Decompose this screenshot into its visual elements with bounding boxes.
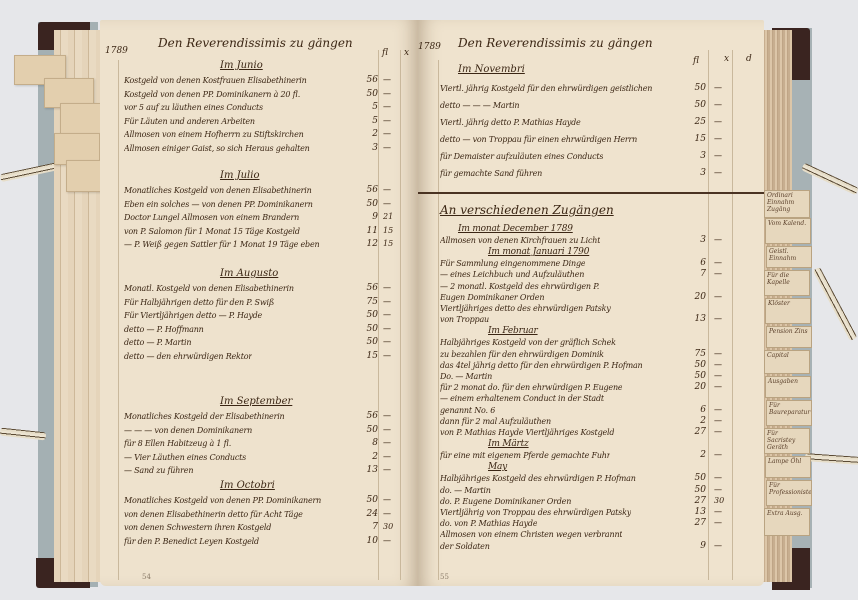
entry-text: von Troppau <box>440 315 489 324</box>
entry-text: von denen Elisabethinerin detto für Acht… <box>124 510 303 519</box>
right-bottom-title: An verschiedenen Zugängen <box>440 203 614 217</box>
entry-amount-kr: — <box>383 89 391 98</box>
index-tab[interactable]: Capital <box>764 350 810 374</box>
entry-amount-fl: 8 <box>352 438 378 448</box>
entry-amount-kr: — <box>714 134 722 143</box>
right-page-number: 55 <box>440 573 449 581</box>
entry-amount-fl: 50 <box>680 371 706 381</box>
entry-text: Eben ein solches — von denen PP. Dominik… <box>124 200 313 209</box>
entry-text: Für Läuten und anderen Arbeiten <box>124 117 255 126</box>
entry-text: — einem erhaltenem Conduct in der Stadt <box>440 394 604 403</box>
entry-text: Monatliches Kostgeld von denen PP. Domin… <box>124 496 321 505</box>
entry-text: das 4tel jährig detto für den ehrwürdige… <box>440 361 642 370</box>
entry-amount-fl: 50 <box>352 324 378 334</box>
entry-amount-kr: — <box>714 541 722 550</box>
entry-amount-kr: — <box>383 129 391 138</box>
entry-amount-fl: 50 <box>352 310 378 320</box>
entry-text: Halbjähriges Kostgeld des ehrwürdigen P.… <box>440 474 636 483</box>
entry-amount-kr: — <box>383 351 391 360</box>
month-heading: Im Novembri <box>458 64 525 75</box>
entry-text: detto — von Troppau für einen ehrwürdige… <box>440 135 637 144</box>
entry-amount-kr: — <box>714 405 722 414</box>
entry-amount-kr: — <box>714 507 722 516</box>
subhead: Im monat December 1789 <box>458 224 573 234</box>
left-tab-3[interactable] <box>60 103 102 135</box>
entry-amount-fl: 50 <box>352 425 378 435</box>
entry-amount-kr: — <box>383 465 391 474</box>
entry-text: der Soldaten <box>440 542 490 551</box>
entry-amount-fl: 13 <box>680 507 706 517</box>
entry-amount-fl: 13 <box>680 314 706 324</box>
entry-amount-fl: 6 <box>680 258 706 268</box>
entry-text: detto — — — Martin <box>440 101 519 110</box>
entry-amount-fl: 6 <box>680 405 706 415</box>
entry-amount-fl: 27 <box>680 496 706 506</box>
entry-amount-kr: — <box>714 427 722 436</box>
entry-amount-kr: — <box>714 269 722 278</box>
subhead: Im monat Januari 1790 <box>488 247 589 257</box>
entry-amount-kr: — <box>383 75 391 84</box>
index-tab[interactable]: Für die Kapelle <box>764 270 810 296</box>
entry-amount-kr: 15 <box>383 226 393 235</box>
entry-amount-kr: — <box>383 283 391 292</box>
entry-text: genannt No. 6 <box>440 406 495 415</box>
entry-amount-kr: — <box>714 314 722 323</box>
entry-amount-kr: — <box>714 168 722 177</box>
entry-text: vor 5 auf zu läuthen eines Conducts <box>124 103 263 112</box>
left-heading: Den Reverendissimis zu gängen <box>158 36 353 50</box>
entry-amount-fl: 27 <box>680 518 706 528</box>
entry-text: — Vier Läuthen eines Conducts <box>124 453 246 462</box>
entry-amount-fl: 12 <box>352 239 378 249</box>
index-tab[interactable]: Lampe Öhl <box>765 456 811 478</box>
right-col-header-d: d <box>746 54 752 64</box>
entry-text: detto — P. Martin <box>124 338 191 347</box>
entry-text: von P. Mathias Hayde Viertljähriges Kost… <box>440 428 614 437</box>
entry-amount-fl: 13 <box>352 465 378 475</box>
entry-text: für Demaister aufzuläuten eines Conducts <box>440 152 603 161</box>
ribbon-right-diagonal <box>813 267 858 341</box>
entry-amount-kr: — <box>714 450 722 459</box>
entry-amount-kr: — <box>383 297 391 306</box>
month-heading: Im Augusto <box>220 268 278 279</box>
entry-text: Für Viertljährigen detto — P. Hayde <box>124 311 262 320</box>
entry-amount-kr: — <box>714 382 722 391</box>
right-col-header-fl: fl <box>693 56 699 66</box>
entry-amount-kr: — <box>383 102 391 111</box>
entry-amount-kr: — <box>714 258 722 267</box>
entry-amount-kr: — <box>383 185 391 194</box>
month-heading: Im Julio <box>220 170 259 181</box>
entry-amount-kr: — <box>383 452 391 461</box>
entry-text: Viertljähriges detto des ehrwürdigen Pat… <box>440 304 611 313</box>
entry-text: do. P. Eugene Dominikaner Orden <box>440 497 571 506</box>
entry-amount-fl: 50 <box>680 360 706 370</box>
entry-text: Viertl. jährig detto P. Mathias Hayde <box>440 118 581 127</box>
entry-text: — eines Leichbuch und Aufzuläuthen <box>440 270 584 279</box>
entry-amount-fl: 50 <box>680 83 706 93</box>
entry-text: zu bezahlen für den ehrwürdigen Dominik <box>440 350 604 359</box>
amount-column-rule <box>708 50 709 580</box>
ribbon-right-bottom <box>805 453 858 465</box>
index-tab[interactable]: Für Baureparatur <box>766 400 812 426</box>
entry-amount-fl: 20 <box>680 292 706 302</box>
entry-amount-fl: 50 <box>680 100 706 110</box>
entry-amount-kr: — <box>714 371 722 380</box>
entry-amount-kr: — <box>714 83 722 92</box>
kreuzer-column-rule <box>400 50 401 580</box>
margin-rule <box>118 60 119 580</box>
entry-amount-kr: — <box>383 143 391 152</box>
entry-amount-kr: — <box>714 235 722 244</box>
entry-amount-fl: 3 <box>352 143 378 153</box>
index-tab[interactable]: Extra Ausg. <box>764 508 810 536</box>
entry-text: Viertljährig von Troppau des ehrwürdigen… <box>440 508 631 517</box>
entry-amount-kr: — <box>714 360 722 369</box>
entry-amount-kr: — <box>714 416 722 425</box>
entry-text: Kostgeld von denen PP. Dominikanern à 20… <box>124 90 300 99</box>
entry-amount-fl: 3 <box>680 151 706 161</box>
margin-rule <box>438 60 439 580</box>
entry-amount-fl: 50 <box>352 337 378 347</box>
index-tab[interactable]: Pension Zins <box>766 326 812 348</box>
index-tab[interactable]: Für Professionisten <box>766 480 812 506</box>
entry-text: Allmosen einiger Gaist, so sich Heraus g… <box>124 144 310 153</box>
entry-amount-fl: 20 <box>680 382 706 392</box>
subhead: Im Märtz <box>488 439 529 449</box>
entry-text: für den P. Benedict Leyen Kostgeld <box>124 537 259 546</box>
entry-amount-kr: 30 <box>714 496 724 505</box>
entry-amount-fl: 56 <box>352 75 378 85</box>
entry-text: — P. Weiß gegen Sattler für 1 Monat 19 T… <box>124 240 319 249</box>
entry-amount-fl: 56 <box>352 283 378 293</box>
entry-amount-kr: — <box>383 425 391 434</box>
entry-amount-fl: 2 <box>680 416 706 426</box>
left-col-header-fl: fl <box>382 48 388 58</box>
entry-amount-fl: 5 <box>352 102 378 112</box>
entry-text: für 8 Ellen Habitzeug à 1 fl. <box>124 439 231 448</box>
entry-amount-fl: 25 <box>680 117 706 127</box>
entry-amount-kr: — <box>383 411 391 420</box>
entry-amount-fl: 10 <box>352 536 378 546</box>
entry-text: von P. Salomon für 1 Monat 15 Täge Kostg… <box>124 227 300 236</box>
entry-amount-fl: 75 <box>680 349 706 359</box>
entry-amount-fl: 50 <box>352 199 378 209</box>
entry-text: Für Sammlung eingenommene Dinge <box>440 259 585 268</box>
entry-amount-kr: — <box>714 473 722 482</box>
entry-amount-fl: 27 <box>680 427 706 437</box>
entry-amount-kr: 21 <box>383 212 393 221</box>
entry-amount-fl: 2 <box>680 450 706 460</box>
entry-amount-fl: 50 <box>680 485 706 495</box>
entry-amount-kr: — <box>714 485 722 494</box>
right-col-header-kr: x <box>724 54 729 64</box>
entry-text: Kostgeld von denen Kostfrauen Elisabethi… <box>124 76 307 85</box>
entry-text: — 2 monatl. Kostgeld des ehrwürdigen P. <box>440 282 599 291</box>
index-tab[interactable]: Ausgaben <box>765 376 811 398</box>
left-year: 1789 <box>105 46 128 56</box>
entry-amount-kr: — <box>714 100 722 109</box>
entry-amount-fl: 15 <box>680 134 706 144</box>
entry-amount-fl: 3 <box>680 168 706 178</box>
entry-amount-kr: 30 <box>383 522 393 531</box>
entry-amount-kr: — <box>383 337 391 346</box>
entry-amount-kr: — <box>383 116 391 125</box>
month-heading: Im Junio <box>220 60 263 71</box>
entry-amount-fl: 75 <box>352 297 378 307</box>
entry-amount-kr: — <box>714 518 722 527</box>
entry-text: für 2 monat do. für den ehrwürdigen P. E… <box>440 383 622 392</box>
entry-amount-fl: 9 <box>352 212 378 222</box>
entry-amount-fl: 50 <box>680 473 706 483</box>
entry-amount-fl: 11 <box>352 226 378 236</box>
entry-text: Viertl. jährig Kostgeld für den ehrwürdi… <box>440 84 652 93</box>
kreuzer-column-rule <box>732 50 733 580</box>
section-divider <box>418 192 764 194</box>
left-page-number: 54 <box>142 573 151 581</box>
entry-amount-fl: 56 <box>352 411 378 421</box>
index-tab[interactable]: Vom Kalend. <box>765 218 811 244</box>
subhead: May <box>488 462 507 472</box>
amount-column-rule <box>378 50 379 580</box>
entry-text: Halbjähriges Kostgeld von der gräflich S… <box>440 338 616 347</box>
entry-amount-fl: 9 <box>680 541 706 551</box>
entry-text: Allmosen von denen Kirchfrauen zu Licht <box>440 236 600 245</box>
entry-amount-fl: 50 <box>352 495 378 505</box>
entry-amount-kr: — <box>714 151 722 160</box>
index-tab[interactable]: Ordinari Einnahm Zugäng <box>764 190 810 218</box>
entry-text: Do. — Martin <box>440 372 492 381</box>
entry-amount-fl: 24 <box>352 509 378 519</box>
entry-amount-kr: — <box>383 438 391 447</box>
index-tab[interactable]: Geistl. Einnahm <box>766 246 812 268</box>
left-page: 1789 Den Reverendissimis zu gängen fl x … <box>100 20 418 586</box>
entry-text: Allmosen von einem Hofherrn zu Stiftskir… <box>124 130 304 139</box>
entry-amount-fl: 2 <box>352 129 378 139</box>
entry-text: — — — von denen Dominikanern <box>124 426 252 435</box>
entry-amount-fl: 7 <box>680 269 706 279</box>
entry-amount-kr: — <box>383 495 391 504</box>
entry-amount-fl: 56 <box>352 185 378 195</box>
subhead: Im Februar <box>488 326 538 336</box>
entry-amount-fl: 5 <box>352 116 378 126</box>
month-heading: Im Octobri <box>220 480 275 491</box>
entry-text: dann für 2 mal Aufzuläuthen <box>440 417 551 426</box>
entry-text: Monatliches Kostgeld von denen Elisabeth… <box>124 186 312 195</box>
entry-text: für gemachte Sand führen <box>440 169 542 178</box>
entry-amount-fl: 7 <box>352 522 378 532</box>
entry-text: Allmosen von einem Christen wegen verbra… <box>440 530 622 539</box>
entry-amount-kr: — <box>383 310 391 319</box>
entry-text: von denen Schwestern ihren Kostgeld <box>124 523 271 532</box>
left-col-header-kr: x <box>404 48 409 58</box>
entry-text: Monatliches Kostgeld der Elisabethinerin <box>124 412 285 421</box>
index-tab[interactable]: Klöster <box>765 298 811 324</box>
entry-text: Eugen Dominikaner Orden <box>440 293 544 302</box>
entry-amount-fl: 50 <box>352 89 378 99</box>
entry-amount-kr: — <box>383 509 391 518</box>
right-heading: Den Reverendissimis zu gängen <box>458 36 653 50</box>
entry-amount-fl: 2 <box>352 452 378 462</box>
entry-text: Für Halbjährigen detto für den P. Swiß <box>124 298 274 307</box>
month-heading: Im September <box>220 396 292 407</box>
entry-amount-kr: — <box>714 349 722 358</box>
index-tab[interactable]: Für Sacristey Geräth <box>764 428 810 454</box>
entry-amount-kr: — <box>714 117 722 126</box>
entry-amount-kr: — <box>383 199 391 208</box>
entry-amount-kr: — <box>714 292 722 301</box>
entry-text: detto — den ehrwürdigen Rektor <box>124 352 252 361</box>
entry-text: Monatl. Kostgeld von denen Elisabethiner… <box>124 284 294 293</box>
entry-text: Doctor Lungel Allmosen von einem Brander… <box>124 213 299 222</box>
entry-text: für eine mit eigenem Pferde gemachte Fuh… <box>440 451 610 460</box>
right-page: 1789 Den Reverendissimis zu gängen fl x … <box>418 20 764 586</box>
entry-amount-kr: — <box>383 324 391 333</box>
entry-amount-fl: 3 <box>680 235 706 245</box>
entry-amount-kr: — <box>383 536 391 545</box>
entry-text: — Sand zu führen <box>124 466 193 475</box>
entry-text: do. — Martin <box>440 486 491 495</box>
right-year: 1789 <box>418 42 441 52</box>
entry-amount-kr: 15 <box>383 239 393 248</box>
entry-text: do. von P. Mathias Hayde <box>440 519 537 528</box>
entry-text: detto — P. Hoffmann <box>124 325 204 334</box>
entry-amount-fl: 15 <box>352 351 378 361</box>
